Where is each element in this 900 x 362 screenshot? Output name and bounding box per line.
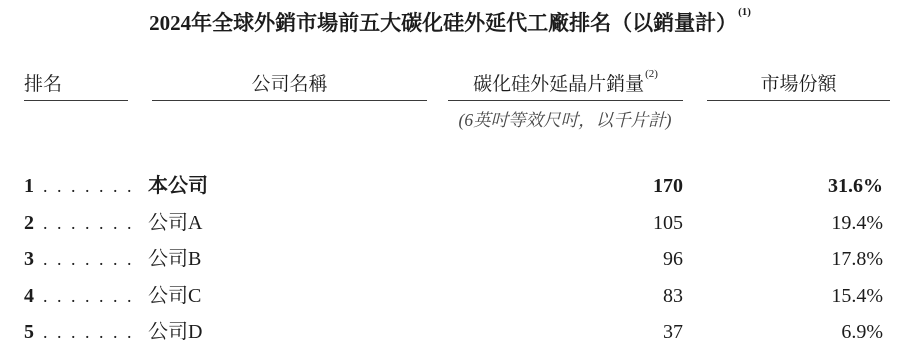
company-cell: 公司B	[148, 241, 433, 278]
company-cell: 公司D	[148, 314, 433, 351]
rank-number: 3	[24, 248, 34, 270]
column-header-share-label: 市場份額	[760, 69, 836, 96]
column-header-share: 市場份額	[707, 70, 890, 101]
volume-cell: 37	[448, 314, 683, 351]
volume-cell: 83	[448, 278, 683, 315]
table-title: 2024年全球外銷市場前五大碳化硅外延代工廠排名（以銷量計）(1)	[0, 7, 900, 37]
title-footnote-ref: (1)	[738, 6, 751, 18]
column-header-rank: 排名	[24, 70, 128, 101]
column-header-volume: 碳化硅外延晶片銷量(2)	[448, 70, 683, 101]
share-cell: 17.8%	[700, 241, 883, 278]
volume-cell: 170	[448, 168, 683, 205]
rank-cell: 5. . . . . . .	[24, 314, 139, 351]
volume-cell: 96	[448, 241, 683, 278]
rank-cell: 1. . . . . . .	[24, 168, 139, 205]
dot-leader: . . . . . . .	[43, 213, 134, 233]
share-cell: 15.4%	[700, 278, 883, 315]
table-title-text: 2024年全球外銷市場前五大碳化硅外延代工廠排名（以銷量計）	[149, 11, 737, 35]
rank-cell: 3. . . . . . .	[24, 241, 139, 278]
rank-cell: 2. . . . . . .	[24, 205, 139, 242]
company-cell: 本公司	[148, 168, 433, 205]
dot-leader: . . . . . . .	[43, 249, 134, 269]
table-row: 5. . . . . . . 公司D 37 6.9%	[0, 314, 900, 351]
volume-footnote-ref: (2)	[645, 68, 658, 80]
rank-number: 1	[24, 175, 34, 197]
rank-number: 2	[24, 212, 34, 234]
column-header-rank-label: 排名	[24, 69, 62, 96]
company-cell: 公司C	[148, 278, 433, 315]
rank-cell: 4. . . . . . .	[24, 278, 139, 315]
table-row: 1. . . . . . . 本公司 170 31.6%	[0, 168, 900, 205]
table-row: 3. . . . . . . 公司B 96 17.8%	[0, 241, 900, 278]
document-page: 2024年全球外銷市場前五大碳化硅外延代工廠排名（以銷量計）(1) 排名 公司名…	[0, 0, 900, 362]
column-header-volume-label: 碳化硅外延晶片銷量(2)	[473, 69, 658, 96]
rank-number: 4	[24, 285, 34, 307]
dot-leader: . . . . . . .	[43, 286, 134, 306]
table-body: 1. . . . . . . 本公司 170 31.6% 2. . . . . …	[0, 168, 900, 351]
table-row: 4. . . . . . . 公司C 83 15.4%	[0, 278, 900, 315]
table-row: 2. . . . . . . 公司A 105 19.4%	[0, 205, 900, 242]
share-cell: 19.4%	[700, 205, 883, 242]
share-cell: 6.9%	[700, 314, 883, 351]
column-header-company-label: 公司名稱	[251, 69, 327, 96]
volume-unit-note: (6英吋等效尺吋，以千片計)	[436, 107, 694, 132]
company-cell: 公司A	[148, 205, 433, 242]
rank-number: 5	[24, 321, 34, 343]
share-cell: 31.6%	[700, 168, 883, 205]
dot-leader: . . . . . . .	[43, 176, 134, 196]
column-header-company: 公司名稱	[152, 70, 427, 101]
dot-leader: . . . . . . .	[43, 322, 134, 342]
volume-cell: 105	[448, 205, 683, 242]
